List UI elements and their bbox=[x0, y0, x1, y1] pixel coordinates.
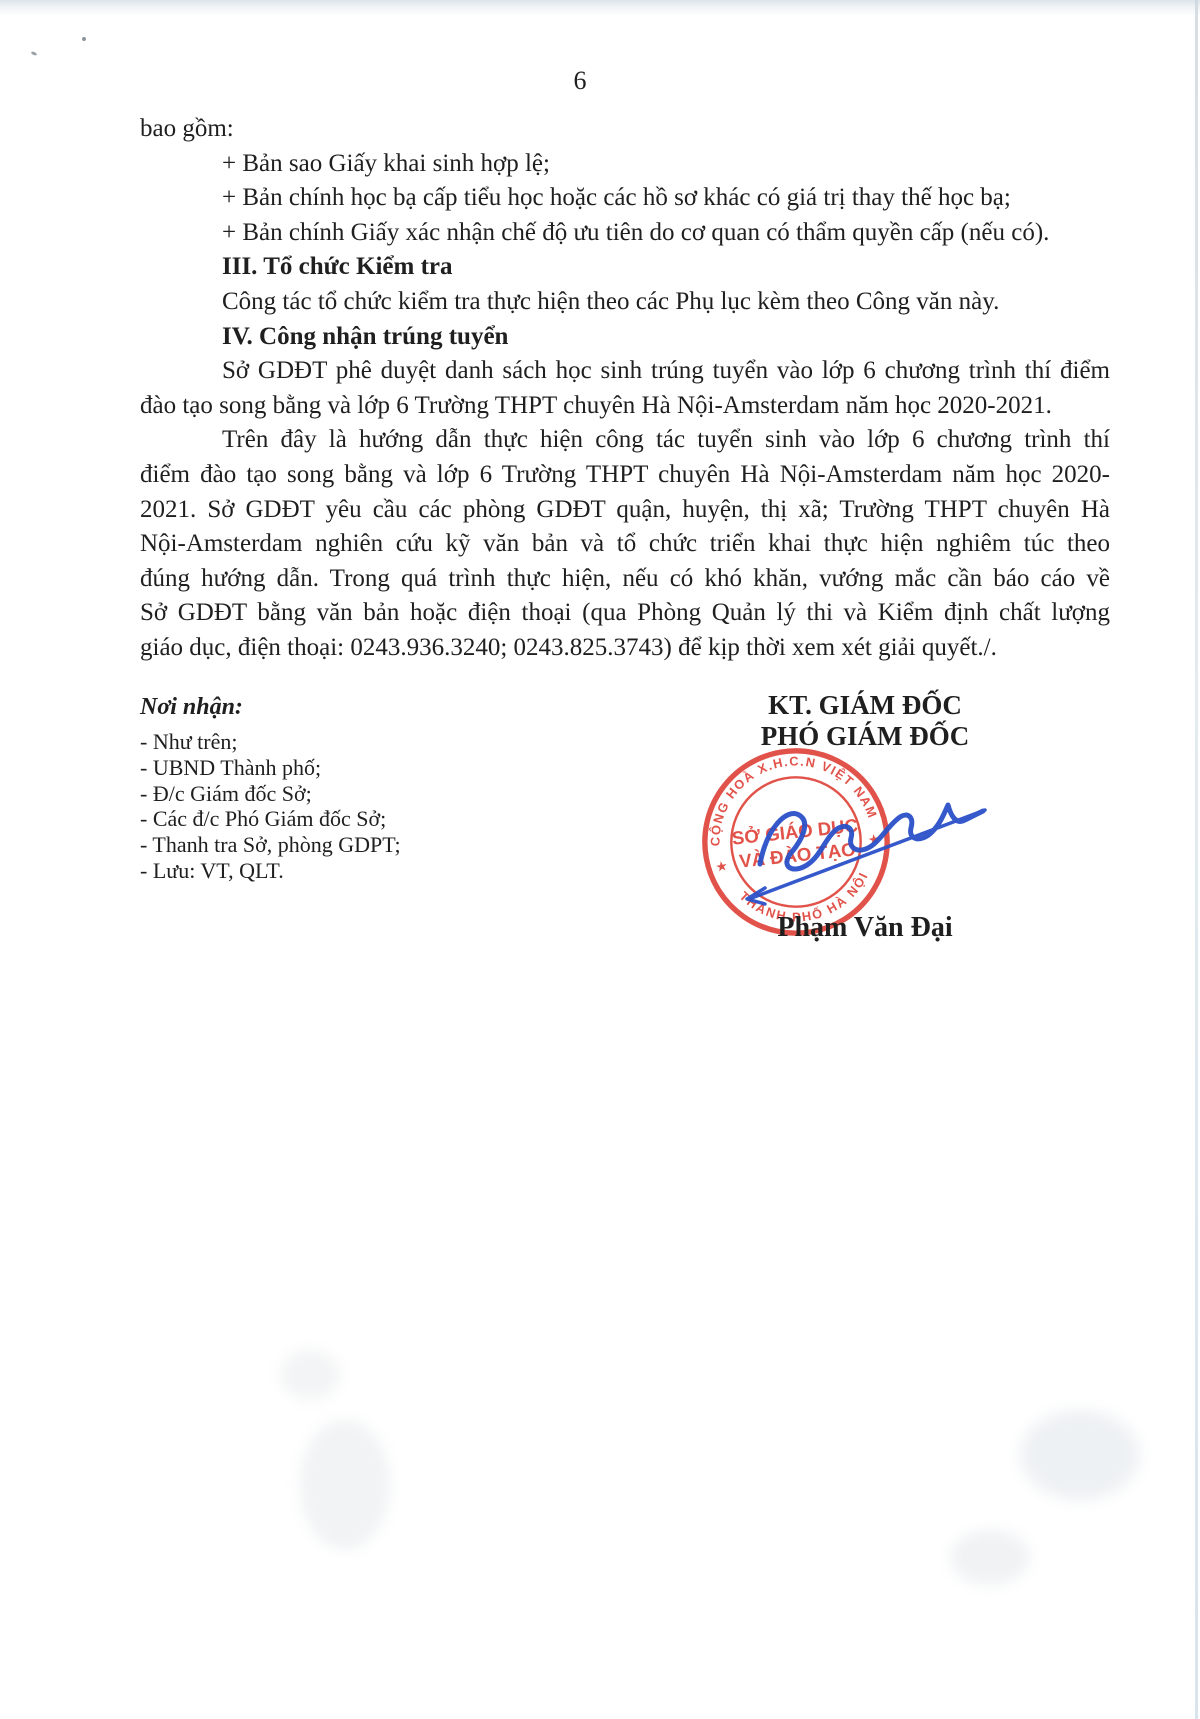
scanned-document-page: 6 bao gồm: + Bản sao Giấy khai sinh hợp … bbox=[0, 0, 1200, 1719]
paragraph-2-line-6: Sở GDĐT bằng văn bản hoặc điện thoại (qu… bbox=[140, 596, 1110, 631]
paragraph-2-line-4: Nội-Amsterdam nghiên cứu kỹ văn bản và t… bbox=[140, 527, 1110, 562]
recipient-item: - Đ/c Giám đốc Sở; bbox=[140, 781, 480, 807]
paragraph-2-line-3: 2021. Sở GDĐT yêu cầu các phòng GDĐT quậ… bbox=[140, 493, 1110, 528]
bullet-item-3: + Bản chính Giấy xác nhận chế độ ưu tiên… bbox=[140, 216, 1110, 251]
page-number: 6 bbox=[540, 66, 620, 96]
recipient-item: - Lưu: VT, QLT. bbox=[140, 858, 480, 884]
paragraph-2-line-1: Trên đây là hướng dẫn thực hiện công tác… bbox=[140, 423, 1110, 458]
scan-edge-artifact-right bbox=[1195, 0, 1198, 1719]
paragraph-1-line-1: Sở GDĐT phê duyệt danh sách học sinh trú… bbox=[140, 354, 1110, 389]
scan-smudge bbox=[1020, 1410, 1140, 1500]
recipient-item: - Như trên; bbox=[140, 729, 480, 755]
section-iii-paragraph: Công tác tổ chức kiểm tra thực hiện theo… bbox=[140, 285, 1110, 320]
paragraph-2-line-5: đúng hướng dẫn. Trong quá trình thực hiệ… bbox=[140, 562, 1110, 597]
scan-speck bbox=[82, 37, 86, 41]
section-heading-iii: III. Tổ chức Kiểm tra bbox=[140, 250, 1110, 285]
scan-speck bbox=[31, 51, 38, 56]
signer-name: Phạm Văn Đại bbox=[700, 912, 1030, 944]
recipient-item: - UBND Thành phố; bbox=[140, 755, 480, 781]
scan-smudge bbox=[950, 1530, 1030, 1585]
handwritten-signature bbox=[685, 772, 1015, 917]
signer-title-line-1: KT. GIÁM ĐỐC bbox=[700, 690, 1030, 721]
scan-smudge bbox=[280, 1350, 340, 1400]
recipients-heading: Nơi nhận: bbox=[140, 694, 480, 721]
paragraph-2-line-2: điểm đào tạo song bằng và lớp 6 Trường T… bbox=[140, 458, 1110, 493]
intro-line: bao gồm: bbox=[140, 112, 1110, 147]
recipient-item: - Các đ/c Phó Giám đốc Sở; bbox=[140, 806, 480, 832]
document-body: bao gồm: + Bản sao Giấy khai sinh hợp lệ… bbox=[140, 112, 1110, 666]
paragraph-1-line-2: đào tạo song bằng và lớp 6 Trường THPT c… bbox=[140, 389, 1110, 424]
paragraph-2-line-7: giáo dục, điện thoại: 0243.936.3240; 024… bbox=[140, 631, 1110, 666]
recipient-item: - Thanh tra Sở, phòng GDPT; bbox=[140, 832, 480, 858]
recipients-block: Nơi nhận: - Như trên; - UBND Thành phố; … bbox=[140, 694, 480, 884]
scan-smudge bbox=[300, 1420, 390, 1550]
bullet-item-1: + Bản sao Giấy khai sinh hợp lệ; bbox=[140, 147, 1110, 182]
section-heading-iv: IV. Công nhận trúng tuyển bbox=[140, 320, 1110, 355]
scan-edge-artifact-top bbox=[0, 0, 1200, 16]
bullet-item-2: + Bản chính học bạ cấp tiểu học hoặc các… bbox=[140, 181, 1110, 216]
